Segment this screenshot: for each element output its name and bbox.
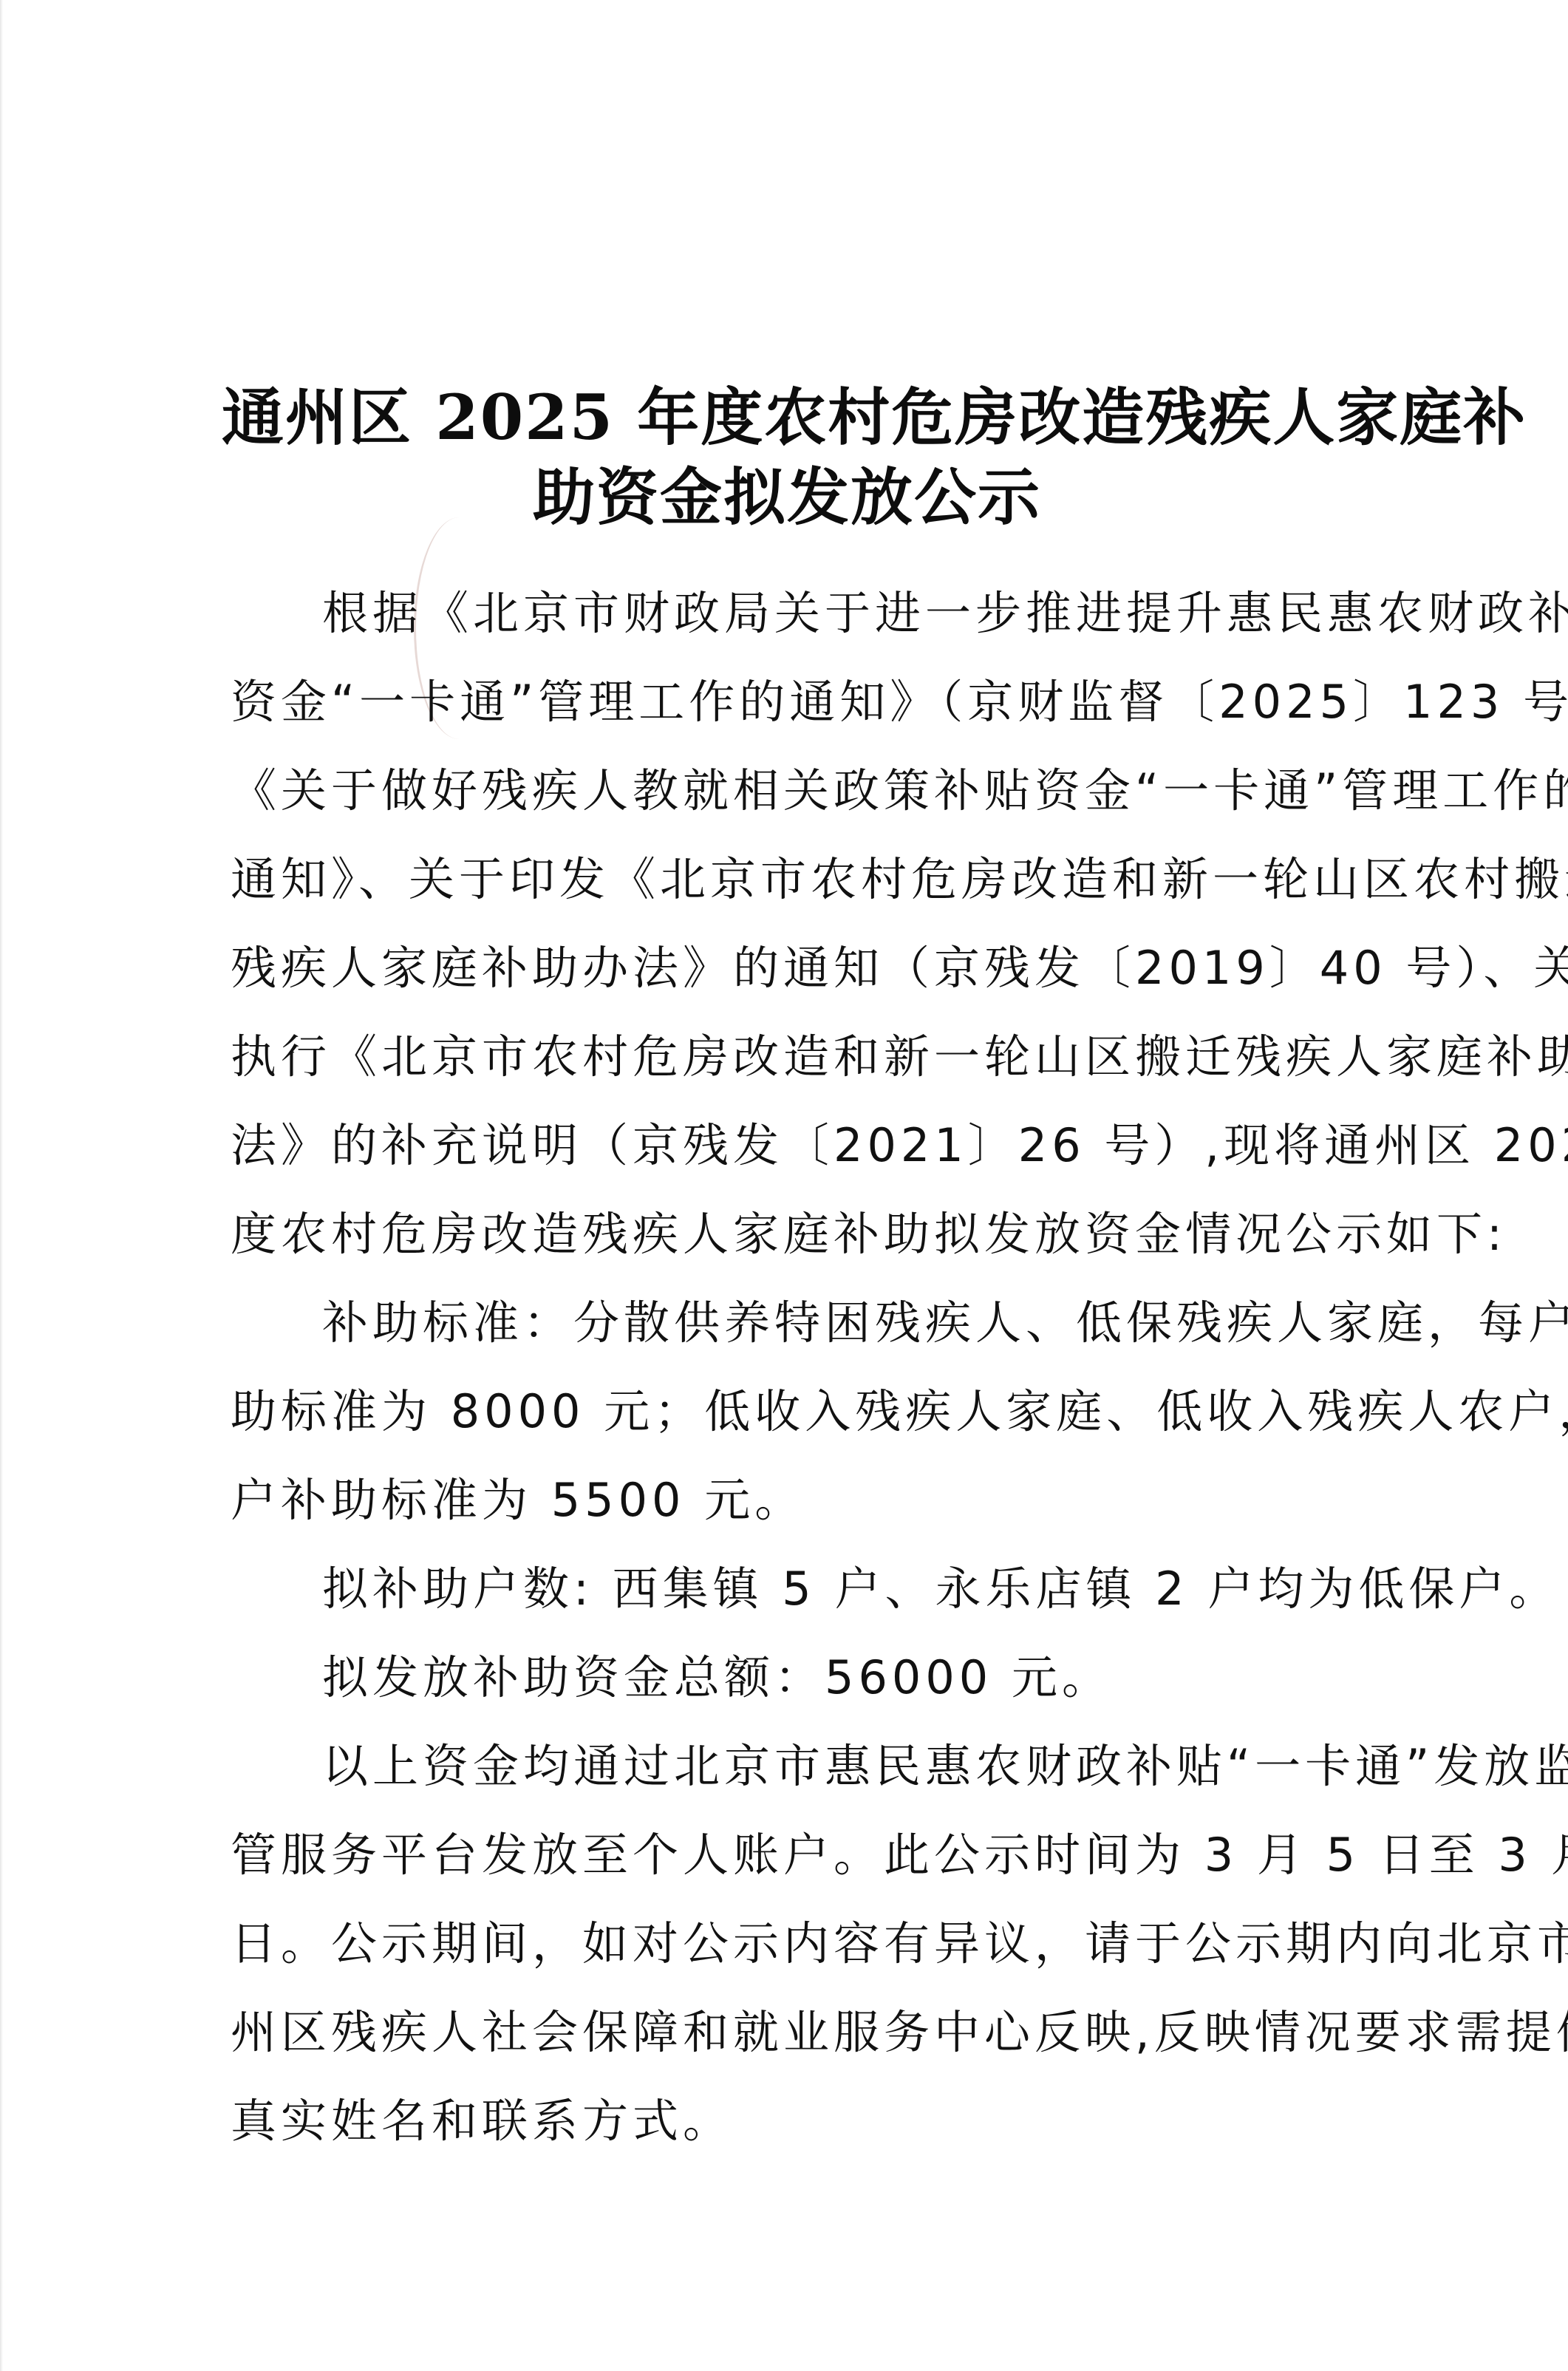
text-line: 根据《北京市财政局关于进一步推进提升惠民惠农财政补贴 <box>231 569 1339 658</box>
paragraph-total-amount: 拟发放补助资金总额：56000 元。 <box>231 1633 1339 1722</box>
text-line: 户补助标准为 5500 元。 <box>231 1456 1339 1545</box>
text-line: 通知》、关于印发《北京市农村危房改造和新一轮山区农村搬迁 <box>231 835 1339 924</box>
paragraph-subsidy-standard: 补助标准：分散供养特困残疾人、低保残疾人家庭，每户补 助标准为 8000 元；低… <box>231 1279 1339 1545</box>
text-line: 以上资金均通过北京市惠民惠农财政补贴“一卡通”发放监 <box>231 1722 1339 1811</box>
title-line-2: 助资金拟发放公示 <box>222 457 1352 537</box>
paragraph-notice-period: 以上资金均通过北京市惠民惠农财政补贴“一卡通”发放监 管服务平台发放至个人账户。… <box>231 1722 1339 2166</box>
text-line: 残疾人家庭补助办法》的通知（京残发〔2019〕40 号）、关于 <box>231 924 1339 1013</box>
paragraph-basis: 根据《北京市财政局关于进一步推进提升惠民惠农财政补贴 资金“一卡通”管理工作的通… <box>231 569 1339 1279</box>
paragraph-household-count: 拟补助户数: 西集镇 5 户、永乐店镇 2 户均为低保户。 <box>231 1545 1339 1633</box>
text-line: 法》的补充说明（京残发〔2021〕26 号）,现将通州区 2025 年 <box>231 1101 1339 1190</box>
text-line: 资金“一卡通”管理工作的通知》（京财监督〔2025〕123 号）、 <box>231 658 1339 746</box>
text-line: 《关于做好残疾人教就相关政策补贴资金“一卡通”管理工作的 <box>231 746 1339 835</box>
document-body: 根据《北京市财政局关于进一步推进提升惠民惠农财政补贴 资金“一卡通”管理工作的通… <box>231 569 1339 2166</box>
title-line-1: 通州区 2025 年度农村危房改造残疾人家庭补 <box>222 378 1352 457</box>
text-line: 拟发放补助资金总额：56000 元。 <box>231 1633 1339 1722</box>
text-line: 管服务平台发放至个人账户。此公示时间为 3 月 5 日至 3 月 7 <box>231 1811 1339 1899</box>
text-line: 拟补助户数: 西集镇 5 户、永乐店镇 2 户均为低保户。 <box>231 1545 1339 1633</box>
text-line: 补助标准：分散供养特困残疾人、低保残疾人家庭，每户补 <box>231 1279 1339 1367</box>
document-page: 通州区 2025 年度农村危房改造残疾人家庭补 助资金拟发放公示 根据《北京市财… <box>0 0 1568 2371</box>
scan-edge-shadow <box>0 0 3 2371</box>
text-line: 度农村危房改造残疾人家庭补助拟发放资金情况公示如下: <box>231 1190 1339 1279</box>
text-line: 执行《北京市农村危房改造和新一轮山区搬迁残疾人家庭补助办 <box>231 1013 1339 1101</box>
text-line: 真实姓名和联系方式。 <box>231 2077 1339 2166</box>
text-line: 日。公示期间，如对公示内容有异议，请于公示期内向北京市通 <box>231 1899 1339 1988</box>
document-title: 通州区 2025 年度农村危房改造残疾人家庭补 助资金拟发放公示 <box>222 378 1352 537</box>
text-line: 助标准为 8000 元；低收入残疾人家庭、低收入残疾人农户，每 <box>231 1367 1339 1456</box>
text-line: 州区残疾人社会保障和就业服务中心反映,反映情况要求需提供 <box>231 1988 1339 2077</box>
